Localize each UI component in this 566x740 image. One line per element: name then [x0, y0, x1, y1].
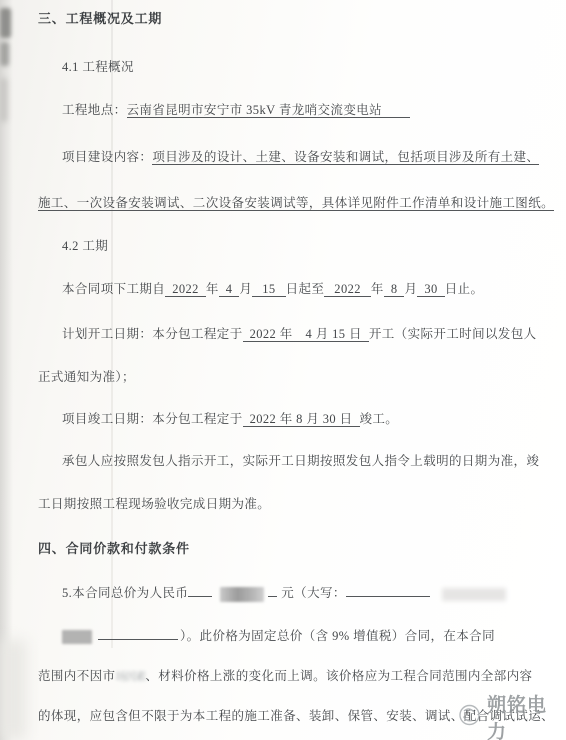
term-suffix: 日止。 — [445, 282, 484, 296]
location-value: 云南省昆明市安宁市 35kV 青龙哨交流变电站 — [127, 103, 411, 118]
watermark: 朔铭电力 — [456, 690, 566, 740]
planned-start-suffix: 开工（实际开工时间以发包人 — [369, 327, 537, 341]
price-clause-3b: 、材料价格上涨的变化而上调。该价格应为工程合同范围内全部内容 — [145, 669, 532, 683]
term-start-day: 15 — [252, 282, 285, 297]
content-label: 项目建设内容： — [62, 150, 152, 164]
location-label: 工程地点： — [62, 103, 127, 117]
redaction-blur-words-2 — [62, 630, 92, 644]
subsection-4-2-title: 4.2 工期 — [62, 237, 108, 255]
term-end-month: 8 — [384, 282, 405, 297]
project-location-line: 工程地点：云南省昆明市安宁市 35kV 青龙哨交流变电站 — [62, 101, 410, 119]
price-words-underline — [346, 584, 430, 597]
planned-start-line: 计划开工日期：本分包工程定于2022 年 4 月 15 日开工（实际开工时间以发… — [62, 325, 537, 343]
term-mid-label: 日起至 — [286, 282, 325, 296]
subsection-4-1-title: 4.1 工程概况 — [62, 58, 134, 76]
scan-blotch — [0, 78, 7, 122]
commencement-paragraph-2: 工日期按照工程现场验收完成日期为准。 — [38, 495, 270, 513]
price-blank-underline — [188, 584, 212, 597]
term-end-year: 2022 — [324, 282, 371, 297]
scan-blotch — [0, 8, 11, 38]
redaction-blur-words — [442, 588, 506, 601]
section-3-heading: 三、工程概况及工期 — [38, 10, 162, 28]
planned-start-date: 2022 年 4 月 15 日 — [243, 327, 369, 342]
scan-blotch — [0, 640, 26, 740]
term-start-month: 4 — [219, 282, 240, 297]
price-words-underline-2 — [98, 627, 178, 640]
planned-start-label: 计划开工日期：本分包工程定于 — [62, 327, 243, 341]
completion-date-line: 项目竣工日期：本分包工程定于2022 年 8 月 30 日竣工。 — [62, 410, 398, 428]
completion-suffix: 竣工。 — [360, 412, 399, 426]
price-blank-underline — [268, 584, 277, 597]
term-year-label: 年 — [206, 282, 219, 296]
contract-page: 三、工程概况及工期 4.1 工程概况 工程地点：云南省昆明市安宁市 35kV 青… — [0, 0, 566, 740]
content-value-2: 施工、一次设备安装调试、二次设备安装调试等，具体详见附件工作清单和设计施工图纸。 — [38, 196, 554, 211]
content-value-1: 项目涉及的设计、土建、设备安装和调试，包括项目涉及所有土建、 — [152, 150, 539, 165]
project-content-line-1: 项目建设内容：项目涉及的设计、土建、设备安装和调试，包括项目涉及所有土建、 — [62, 148, 539, 166]
section-4-heading: 四、合同价款和付款条件 — [38, 540, 190, 558]
smudged-text: 场因素 — [115, 671, 145, 683]
completion-date: 2022 年 8 月 30 日 — [243, 412, 360, 427]
swirl-logo-icon — [456, 701, 483, 733]
price-prefix: 5.本合同总价为人民币 — [62, 586, 188, 600]
price-clause-line-3: 范围内不因市场因素、材料价格上涨的变化而上调。该价格应为工程合同范围内全部内容 — [38, 667, 532, 686]
term-month-label: 月 — [239, 282, 252, 296]
term-end-day: 30 — [417, 282, 444, 297]
completion-label: 项目竣工日期：本分包工程定于 — [62, 412, 243, 426]
price-clause-3a: 范围内不因市 — [38, 669, 115, 683]
contract-price-line-1: 5.本合同总价为人民币元（大写： — [62, 584, 506, 602]
commencement-paragraph-1: 承包人应按照发包人指示开工，实际开工日期按照发包人指令上载明的日期为准，竣 — [62, 452, 539, 470]
term-month-label-2: 月 — [404, 282, 417, 296]
contract-term-line: 本合同项下工期自2022年4月15日起至2022年8月30日止。 — [62, 280, 483, 298]
price-line-2-text: ）。此价格为固定总价（含 9% 增值税）合同，在本合同 — [180, 629, 495, 643]
term-prefix: 本合同项下工期自 — [62, 282, 165, 296]
term-start-year: 2022 — [165, 282, 206, 297]
project-content-line-2: 施工、一次设备安装调试、二次设备安装调试等，具体详见附件工作清单和设计施工图纸。 — [38, 194, 554, 212]
redaction-blur-amount — [220, 587, 264, 602]
contract-price-line-2: ）。此价格为固定总价（含 9% 增值税）合同，在本合同 — [62, 627, 495, 645]
term-year-label-2: 年 — [371, 282, 384, 296]
scan-blotch — [0, 42, 9, 66]
planned-start-continuation: 正式通知为准）； — [38, 368, 135, 386]
watermark-text: 朔铭电力 — [487, 690, 566, 740]
price-unit-label: 元（大写： — [281, 586, 346, 600]
